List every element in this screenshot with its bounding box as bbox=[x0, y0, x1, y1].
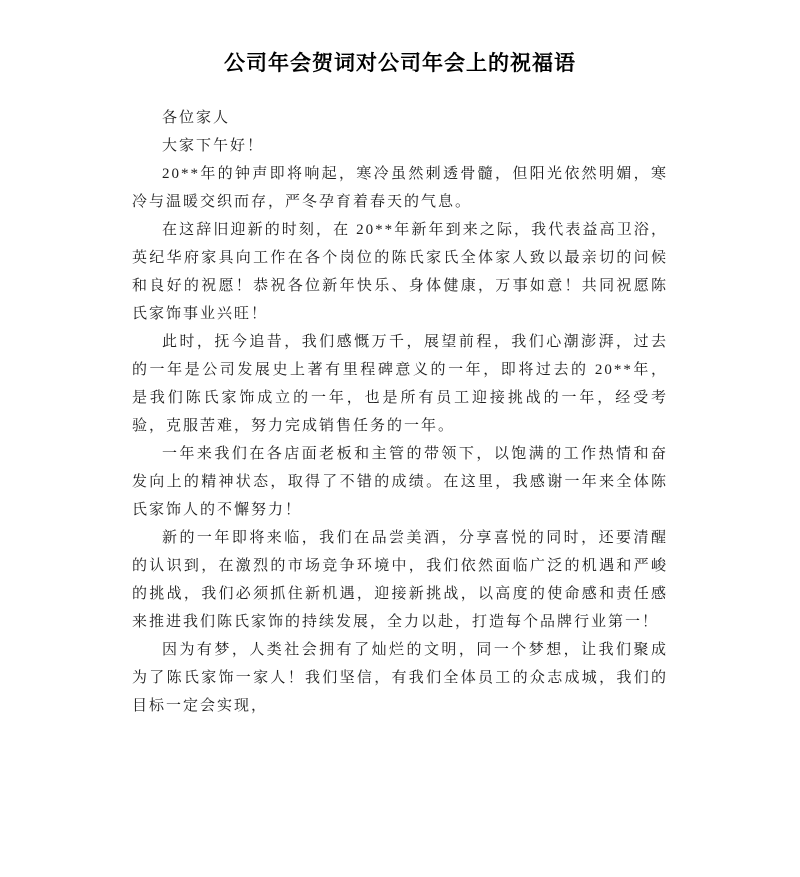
doc-paragraph: 20**年的钟声即将响起，寒冷虽然刺透骨髓，但阳光依然明媚，寒冷与温暖交织而存，… bbox=[132, 160, 668, 216]
doc-paragraph: 在这辞旧迎新的时刻，在 20**年新年到来之际，我代表益高卫浴，英纪华府家具向工… bbox=[132, 216, 668, 328]
doc-title: 公司年会贺词对公司年会上的祝福语 bbox=[132, 46, 668, 80]
document-page: 公司年会贺词对公司年会上的祝福语 各位家人 大家下午好！ 20**年的钟声即将响… bbox=[0, 0, 800, 877]
doc-paragraph: 一年来我们在各店面老板和主管的带领下，以饱满的工作热情和奋发向上的精神状态，取得… bbox=[132, 440, 668, 524]
doc-paragraph: 新的一年即将来临，我们在品尝美酒，分享喜悦的同时，还要清醒的认识到，在激烈的市场… bbox=[132, 524, 668, 636]
doc-paragraph: 因为有梦，人类社会拥有了灿烂的文明，同一个梦想，让我们聚成为了陈氏家饰一家人！我… bbox=[132, 636, 668, 720]
doc-paragraph: 此时，抚今追昔，我们感慨万千，展望前程，我们心潮澎湃，过去的一年是公司发展史上著… bbox=[132, 328, 668, 440]
doc-body: 各位家人 大家下午好！ 20**年的钟声即将响起，寒冷虽然刺透骨髓，但阳光依然明… bbox=[132, 104, 668, 720]
doc-paragraph-greeting: 各位家人 bbox=[132, 104, 668, 132]
doc-paragraph-salutation: 大家下午好！ bbox=[132, 132, 668, 160]
